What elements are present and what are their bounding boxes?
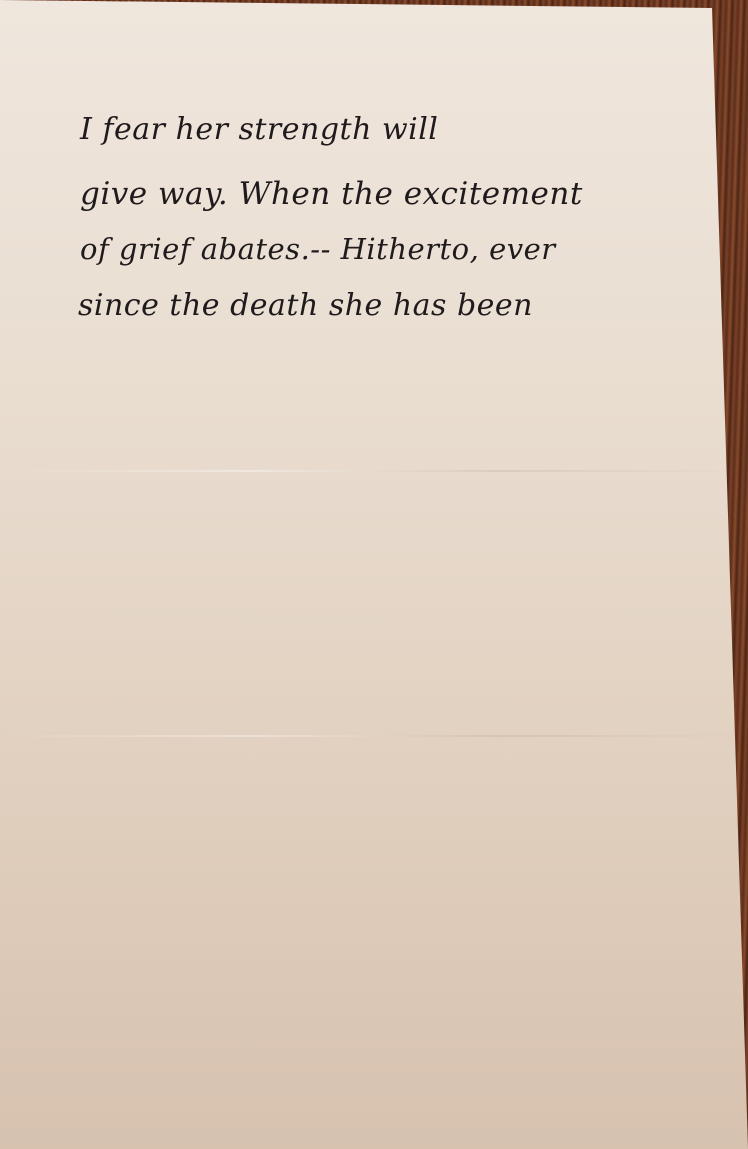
- paper-crease: [0, 470, 748, 472]
- letter-line-1: I fear her strength will: [80, 112, 438, 147]
- letter-line-2: give way. When the excitement: [80, 176, 583, 212]
- letter-line-4: since the death she has been: [78, 288, 533, 323]
- letter-line-3: of grief abates.-- Hitherto, ever: [80, 232, 556, 266]
- paper-crease: [0, 735, 748, 737]
- letter-paper: I fear her strength will give way. When …: [0, 0, 748, 1149]
